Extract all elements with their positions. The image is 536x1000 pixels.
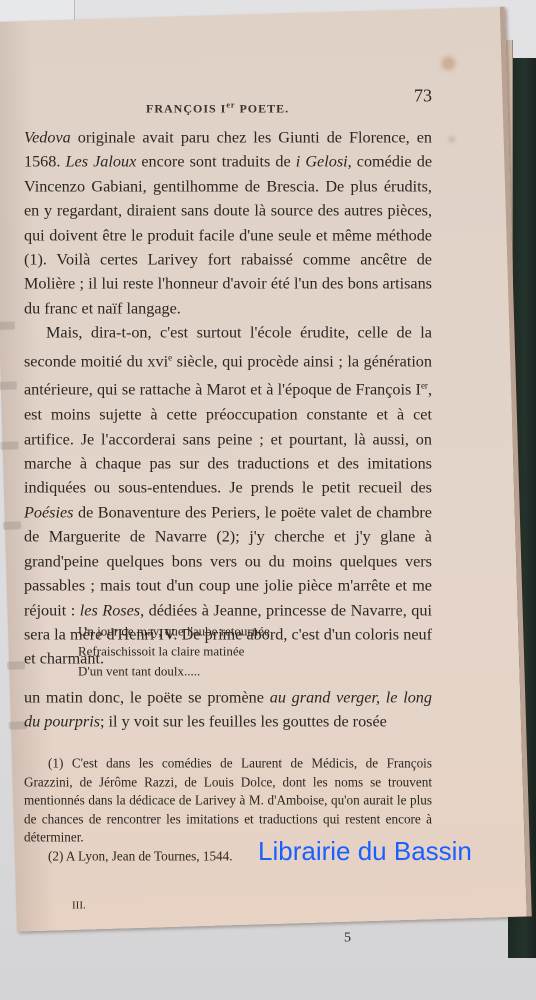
running-head: FRANÇOIS Ier POETE. (146, 93, 289, 120)
paragraph: Mais, dira-t-on, c'est surtout l'école é… (24, 321, 432, 671)
verse-quote: Un jour de may, que l'aube retournéeRefr… (78, 621, 270, 681)
watermark: Librairie du Bassin (258, 836, 472, 867)
verse-line: D'un vent tant doulx..... (78, 661, 270, 681)
show-through-text (3, 521, 21, 530)
inventory-label-text: 2165576 (2, 0, 60, 3)
show-through-text (0, 321, 15, 330)
paragraph: Vedova originale avait paru chez les Giu… (24, 125, 432, 320)
foxing-stain (449, 136, 455, 142)
show-through-text (0, 441, 18, 450)
show-through-text (0, 381, 17, 390)
body-text: Vedova originale avait paru chez les Giu… (24, 125, 432, 671)
page-number: 73 (414, 83, 432, 107)
show-through-text (7, 661, 25, 670)
body-text-continued: un matin donc, le poëte se promène au gr… (24, 685, 432, 734)
foxing-stain (441, 56, 455, 70)
book-page: FRANÇOIS Ier POETE. 73 Vedova originale … (0, 7, 532, 932)
footnote: (1) C'est dans les comédies de Laurent d… (24, 754, 432, 847)
signature-mark: III. (72, 893, 86, 917)
verse-line: Refraischissoit la claire matinée (78, 641, 270, 661)
verse-line: Un jour de may, que l'aube retournée (78, 621, 270, 641)
paragraph: un matin donc, le poëte se promène au gr… (24, 685, 432, 734)
signature-number: 5 (344, 926, 351, 950)
